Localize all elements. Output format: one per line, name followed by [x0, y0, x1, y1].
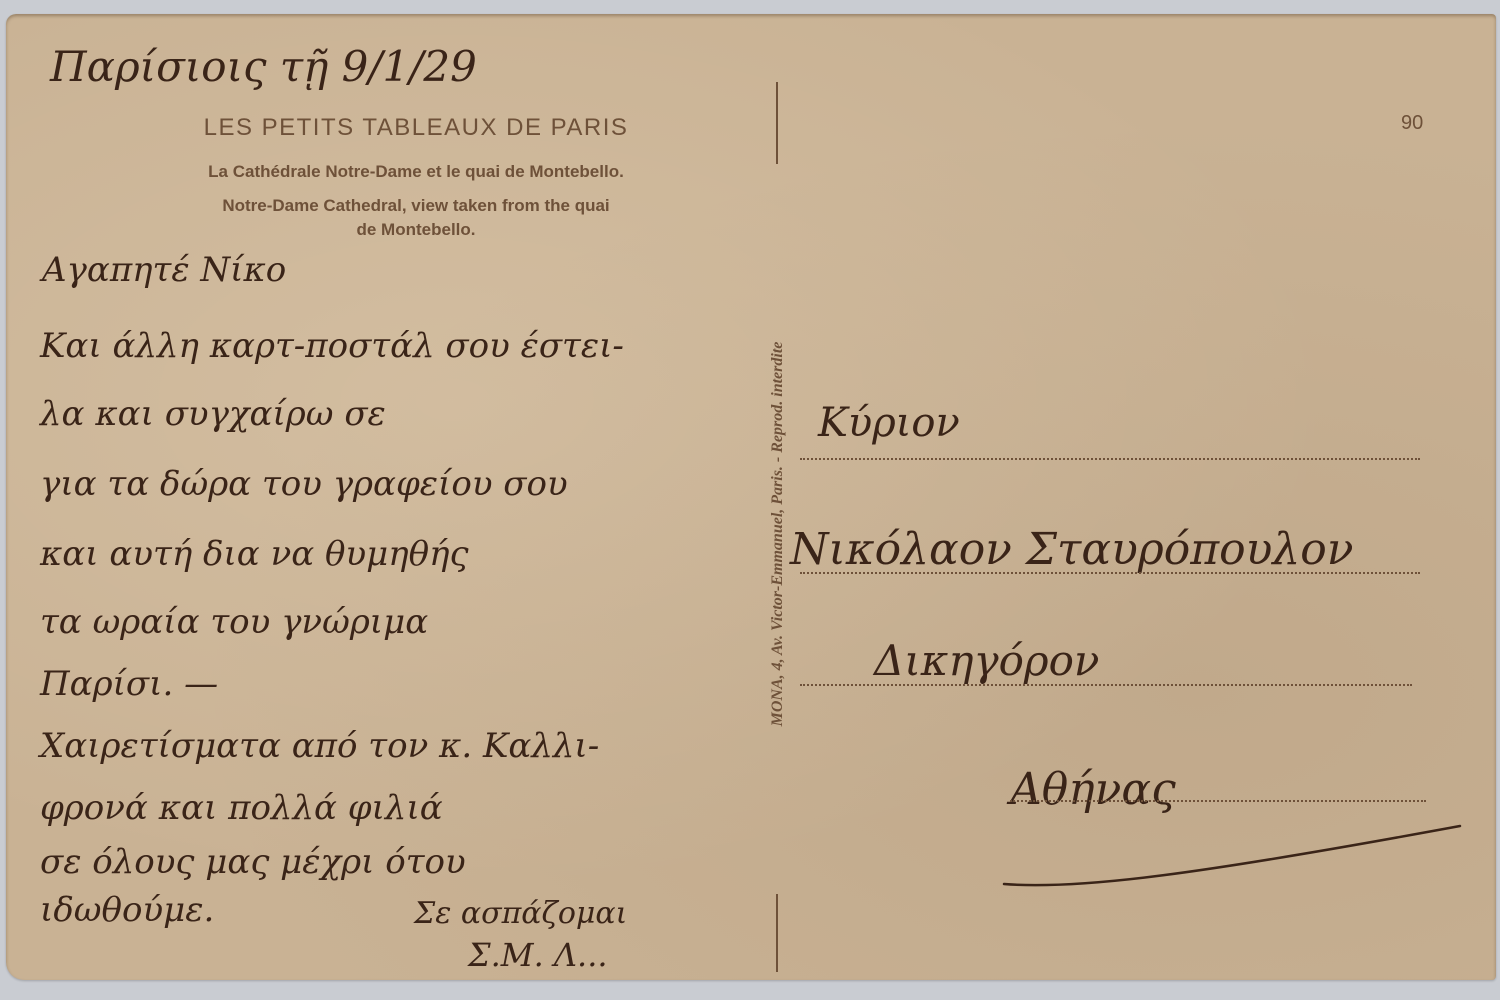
address-line-4: Αθήνας [1010, 764, 1176, 815]
address-rule-2 [800, 572, 1420, 574]
address-rule-3 [800, 684, 1412, 686]
message-line: τα ωραία του γνώριμα [40, 602, 428, 642]
address-rule-1 [800, 458, 1420, 460]
message-line: Και άλλη καρτ-ποστάλ σου έστει- [40, 326, 624, 366]
caption-english-line-1: Notre-Dame Cathedral, view taken from th… [106, 194, 726, 218]
card-number: 90 [1401, 112, 1423, 135]
message-line: για τα δώρα του γραφείου σου [40, 464, 568, 504]
message-line: Χαιρετίσματα από τον κ. Καλλι- [40, 726, 599, 766]
caption-french: La Cathédrale Notre-Dame et le quai de M… [106, 162, 726, 182]
center-divider-top [776, 82, 778, 164]
address-line-2: Νικόλαον Σταυρόπουλον [790, 524, 1353, 575]
postcard-back: Παρίσιοις τῇ 9/1/29 LES PETITS TABLEAUX … [6, 14, 1496, 980]
series-title: LES PETITS TABLEAUX DE PARIS [106, 114, 726, 142]
message-line: και αυτή δια να θυμηθής [40, 534, 469, 574]
message-line: λα και συγχαίρω σε [40, 394, 386, 434]
signature: Σ.Μ. Λ... [468, 936, 608, 974]
address-line-3: Δικηγόρον [874, 636, 1099, 685]
address-line-1: Κύριον [818, 400, 960, 446]
message-line: Αγαπητέ Νίκο [42, 250, 286, 290]
message-line: φρονά και πολλά φιλιά [40, 788, 443, 828]
caption-english: Notre-Dame Cathedral, view taken from th… [106, 194, 726, 242]
message-line: ιδωθούμε. [40, 890, 214, 930]
center-divider-bottom [776, 894, 778, 972]
message-line: Παρίσι. — [40, 664, 218, 704]
signoff: Σε ασπάζομαι [414, 896, 627, 931]
handwritten-dateline: Παρίσιοις τῇ 9/1/29 [50, 42, 477, 91]
publisher-imprint: MONA, 4, Av. Victor-Emmanuel, Paris. - R… [766, 194, 790, 874]
publisher-text: MONA, 4, Av. Victor-Emmanuel, Paris. - R… [769, 342, 787, 727]
underline-flourish [1000, 814, 1470, 894]
message-line: σε όλους μας μέχρι ότου [40, 842, 466, 882]
address-rule-4 [1010, 800, 1426, 802]
caption-english-line-2: de Montebello. [106, 218, 726, 242]
